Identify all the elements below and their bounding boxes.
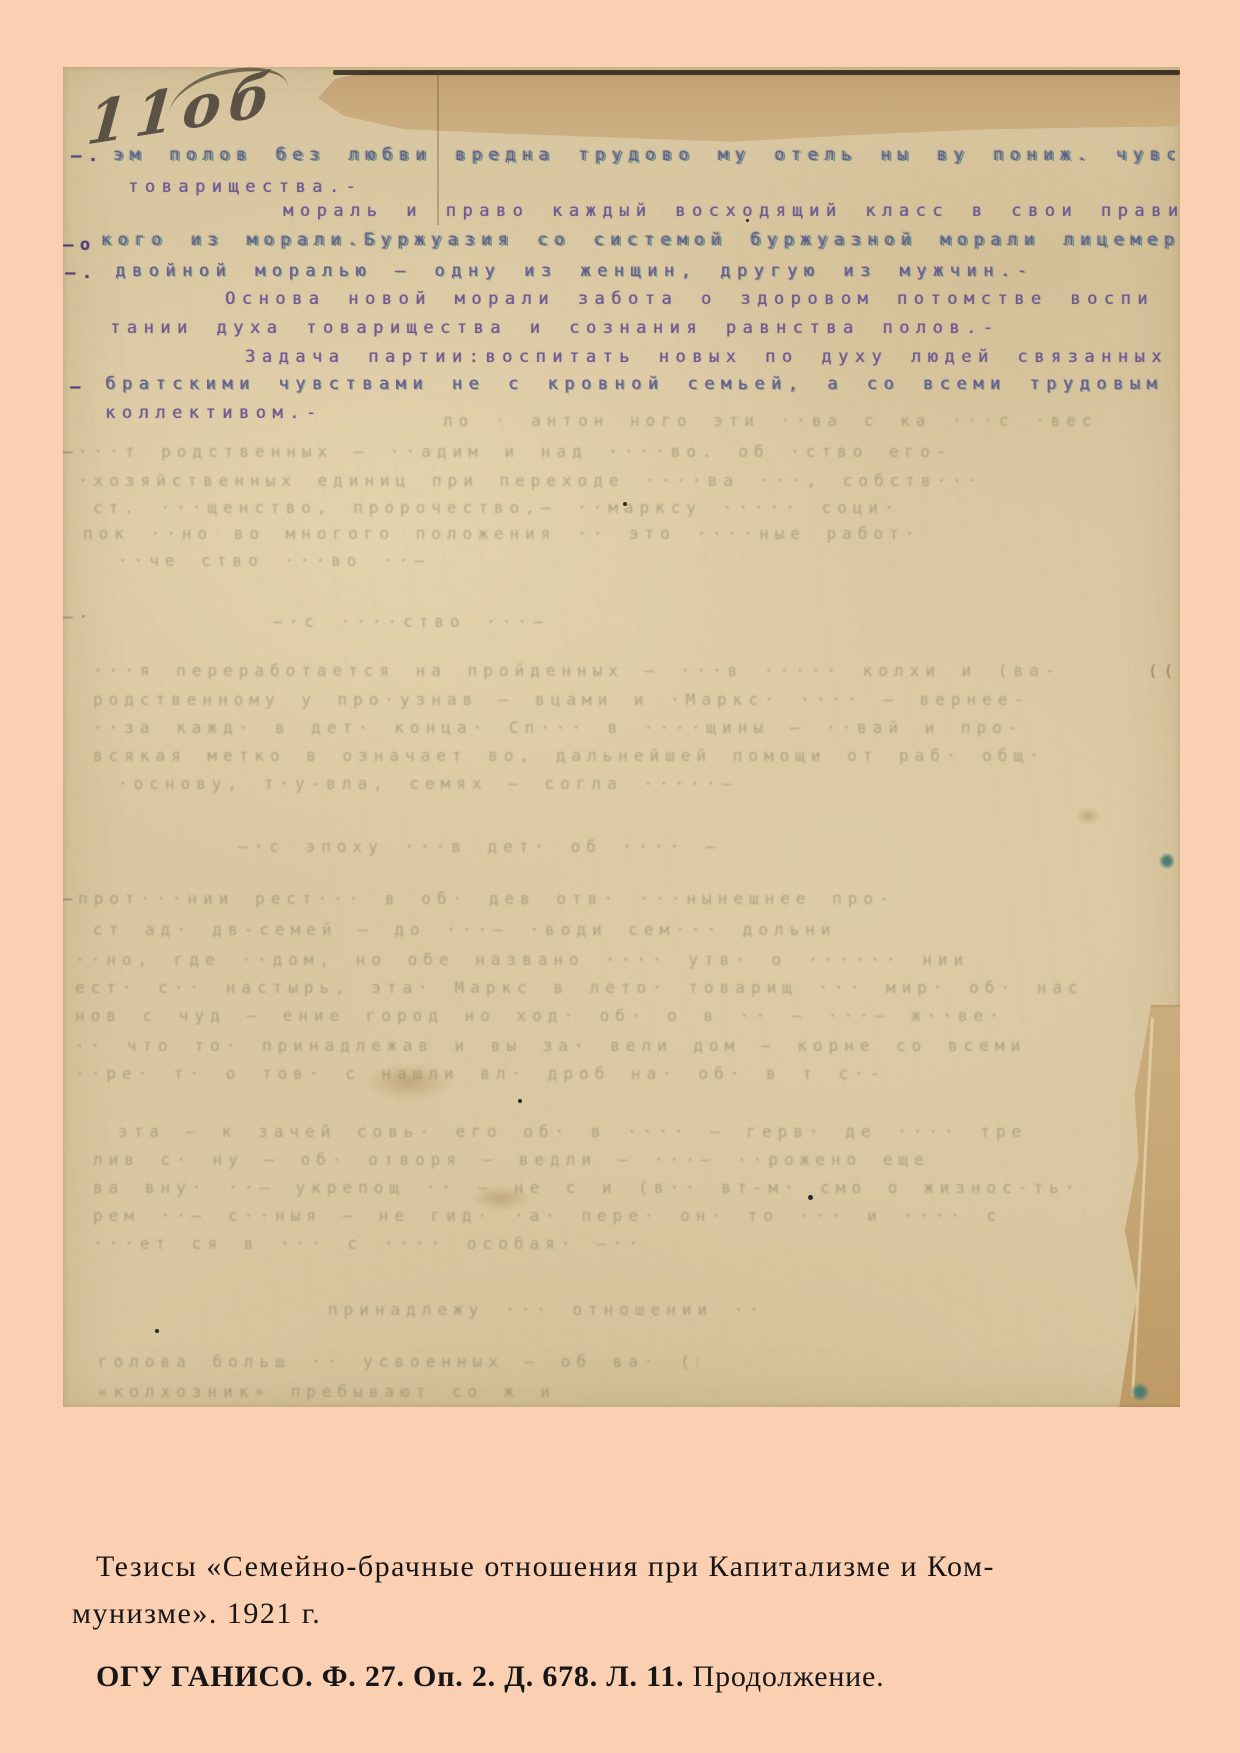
dust-and-ink-marks: [63, 67, 1180, 1407]
paper-stain: [471, 1185, 531, 1211]
paper-stain: [1075, 807, 1101, 825]
caption-title-line1: Тезисы «Семейно-брачные отношения при Ка…: [72, 1543, 1182, 1590]
dust-speck: [746, 219, 749, 222]
continuation-label: Продолжение.: [684, 1660, 884, 1693]
ink-spot: [1159, 853, 1175, 869]
document-scan: 11об ло · антон ного эти ··ва с ка ···с …: [63, 67, 1180, 1407]
ink-spot: [1131, 1383, 1149, 1401]
archive-reference: ОГУ ГАНИСО. Ф. 27. Оп. 2. Д. 678. Л. 11.…: [72, 1653, 1182, 1700]
caption-title-line2: мунизме». 1921 г.: [72, 1590, 1182, 1637]
dust-speck: [155, 1329, 159, 1333]
dust-speck: [518, 1099, 522, 1103]
figure-caption: Тезисы «Семейно-брачные отношения при Ка…: [72, 1543, 1182, 1700]
archive-citation: ОГУ ГАНИСО. Ф. 27. Оп. 2. Д. 678. Л. 11.: [96, 1660, 684, 1693]
screenshot-canvas: 11об ло · антон ного эти ··ва с ка ···с …: [0, 0, 1240, 1753]
dust-speck: [623, 502, 627, 506]
paper-stain: [363, 1062, 453, 1102]
dust-speck: [808, 1195, 813, 1200]
